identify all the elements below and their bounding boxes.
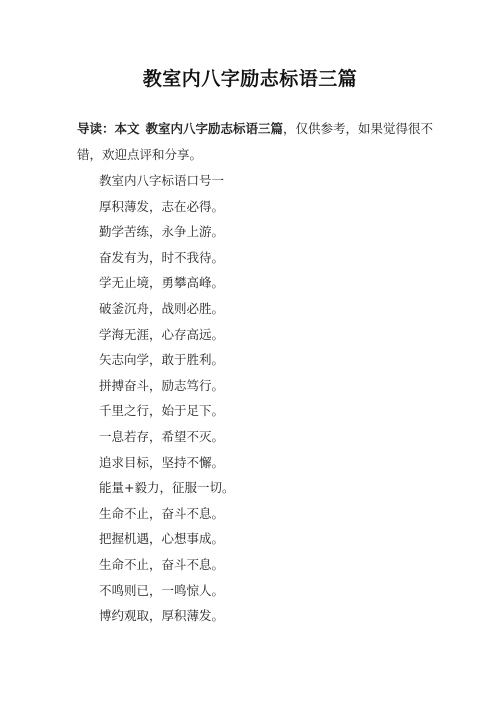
- list-item: 奋发有为，时不我待。: [99, 245, 234, 271]
- list-item: 学无止境，勇攀高峰。: [99, 270, 234, 296]
- list-item: 追求目标，坚持不懈。: [99, 450, 234, 476]
- list-item: 生命不止，奋斗不息。: [99, 552, 234, 578]
- document-title: 教室内八字励志标语三篇: [0, 66, 500, 92]
- intro-doc-title: 教室内八字励志标语三篇: [146, 121, 284, 136]
- list-item: 拼搏奋斗，励志笃行。: [99, 373, 234, 399]
- list-item: 学海无涯，心存高远。: [99, 322, 234, 348]
- list-item: 生命不止，奋斗不息。: [99, 501, 234, 527]
- list-item: 千里之行，始于足下。: [99, 398, 234, 424]
- intro-paragraph: 导读：本文教室内八字励志标语三篇，仅供参考，如果觉得很不错，欢迎点评和分享。: [77, 116, 437, 168]
- list-item: 把握机遇，心想事成。: [99, 526, 234, 552]
- list-item: 不鸣则已，一鸣惊人。: [99, 578, 234, 604]
- list-item: 厚积薄发，志在必得。: [99, 194, 234, 220]
- intro-label: 导读：本文: [77, 121, 140, 136]
- list-item: 破釜沉舟，战则必胜。: [99, 296, 234, 322]
- slogan-list: 教室内八字标语口号一 厚积薄发，志在必得。 勤学苦练，永争上游。 奋发有为，时不…: [99, 168, 234, 629]
- list-item: 能量+毅力，征服一切。: [99, 475, 234, 501]
- document-page: 教室内八字励志标语三篇 导读：本文教室内八字励志标语三篇，仅供参考，如果觉得很不…: [0, 0, 500, 707]
- list-item: 勤学苦练，永争上游。: [99, 219, 234, 245]
- list-item: 一息若存，希望不灭。: [99, 424, 234, 450]
- list-item: 矢志向学，敢于胜利。: [99, 347, 234, 373]
- section-heading: 教室内八字标语口号一: [99, 168, 234, 194]
- list-item: 博约观取，厚积薄发。: [99, 603, 234, 629]
